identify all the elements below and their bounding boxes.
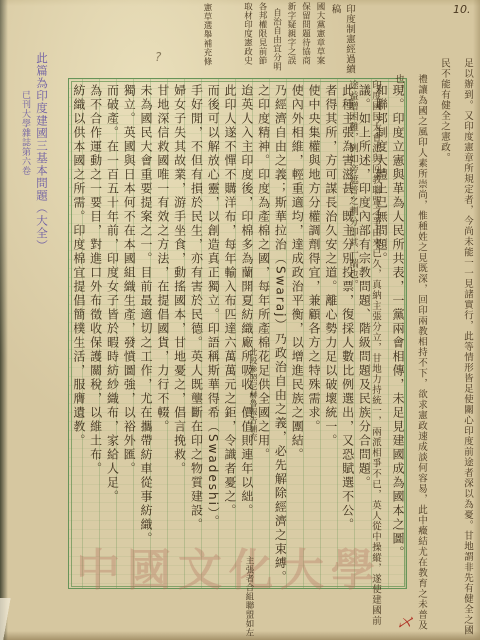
scan-corner [0,598,16,640]
manuscript-title-note: 此篇為印度建國三基本問題（大全） [32,52,52,267]
text-column: 之印度精神。印度為產棉之國，每年所產棉花足供全國之用。 [255,84,272,586]
text-column: 未為國民大會重要提案之一。目前最適切之工作，尤在攜帶紡車從事紡織。 [137,84,154,586]
text-column: 婦女子失其故業，游手坐食，動搖國本，甘地憂之，倡言挽救。 [171,84,188,586]
text-column: 而後可以解放心靈，以創造真正獨立。印語稱斯華得希（Swadeshi）。 [204,84,221,586]
margin-note-column: 足以辦到。又印度憲章所規定者，今尚未能一一見諸實行，此等情形皆足使關心印度前途者… [433,30,479,636]
text-column: 迨英人入主印度後，印棉多為蘭開夏紡織廠所吸收，價值則連年以絀。 [238,84,255,586]
margin-note-column: 新字疑親字之誤 [284,2,299,76]
margin-note-column: 國大黨憲章草案 [313,2,328,76]
publication-note: 已刊大學雜誌第六卷 [17,52,32,267]
right-margin-annotations: 足以辦到。又印度憲章所規定者，今尚未能一一見諸實行，此等情形皆足使關心印度前途者… [407,30,479,636]
text-column: 使中央集權與地方分權調劑得宜，兼顧各方之特殊需求。 [305,84,322,586]
text-column: 者得其所，方可謀長治久安之道。離心勢力足以破壞統一。 [322,84,339,586]
overflow-insert-note: 主張者合組聯盟如左 [243,556,254,640]
text-column: 為不合作運動之一要目，對進口外布徵收保護關稅，以維土布。 [87,84,104,586]
margin-note-column: 禮讓為國之風印人素所崇尚，惟種姓之見既深，回印兩教相持不下，欲求憲政速成談何容易… [387,30,433,636]
text-column: 手好閒，不但有損於民生，亦有害於民德。英人既壟斷在印之物質建設。 [188,84,205,586]
text-column: 使內外相維，輕重適均，達成政治平衡，以增進民族之團結。 [288,84,305,586]
interlinear-insert-note: 此段參照尼赫魯報告補充 [248,348,258,460]
margin-note-column: 自治自由宜分明 [269,2,284,76]
text-column: 甘地深信救國唯一有效之方法，在提倡國貨，力行不輟。 [154,84,171,586]
top-margin-annotations: 印度制憲經過續稿 國大黨憲章草案 保留問題待協商 新字疑親字之誤 自治自由宜分明… [166,2,356,76]
question-mark-annotation: ? [155,50,161,64]
margin-note-column: 各邦權限見前節 [255,2,270,76]
text-column: 紡織以供本國之所需。印度棉宜提倡簡樸生活，服膺遺教。 [70,84,87,586]
text-column: 獨立。英國與日本何不在本國組織生產，發憤圖強，以裕外匯。 [120,84,137,586]
left-margin-purple-notes: 此篇為印度建國三基本問題（大全） 已刊大學雜誌第六卷 [10,52,52,267]
text-column: 而破產。在一百五十年前，印度女子皆於暇時紡紗織布，家給人足。 [104,84,121,586]
margin-note-column: 印度國民大會派與回教聯盟之爭由來已久，真納主張分立，甘地力持統一，兩派相爭不已，… [341,30,387,636]
margin-note-column: 憲草選舉補充條 [200,2,215,76]
page-number: 10. [453,3,471,16]
text-column: 此印人遂不憚不購洋布，每年輸入布匹達六萬萬元之鉅，令識者憂之。 [221,84,238,586]
margin-note-column: 印度制憲經過續稿 [327,2,356,76]
text-column: 乃經濟自由之義；斯華拉治（Swaraj）乃政治自由之義，必先解除經濟之束縛。 [272,84,289,586]
margin-note-column: 保留問題待協商 [298,2,313,76]
margin-note-column: 取材印度憲政史 [240,2,255,76]
